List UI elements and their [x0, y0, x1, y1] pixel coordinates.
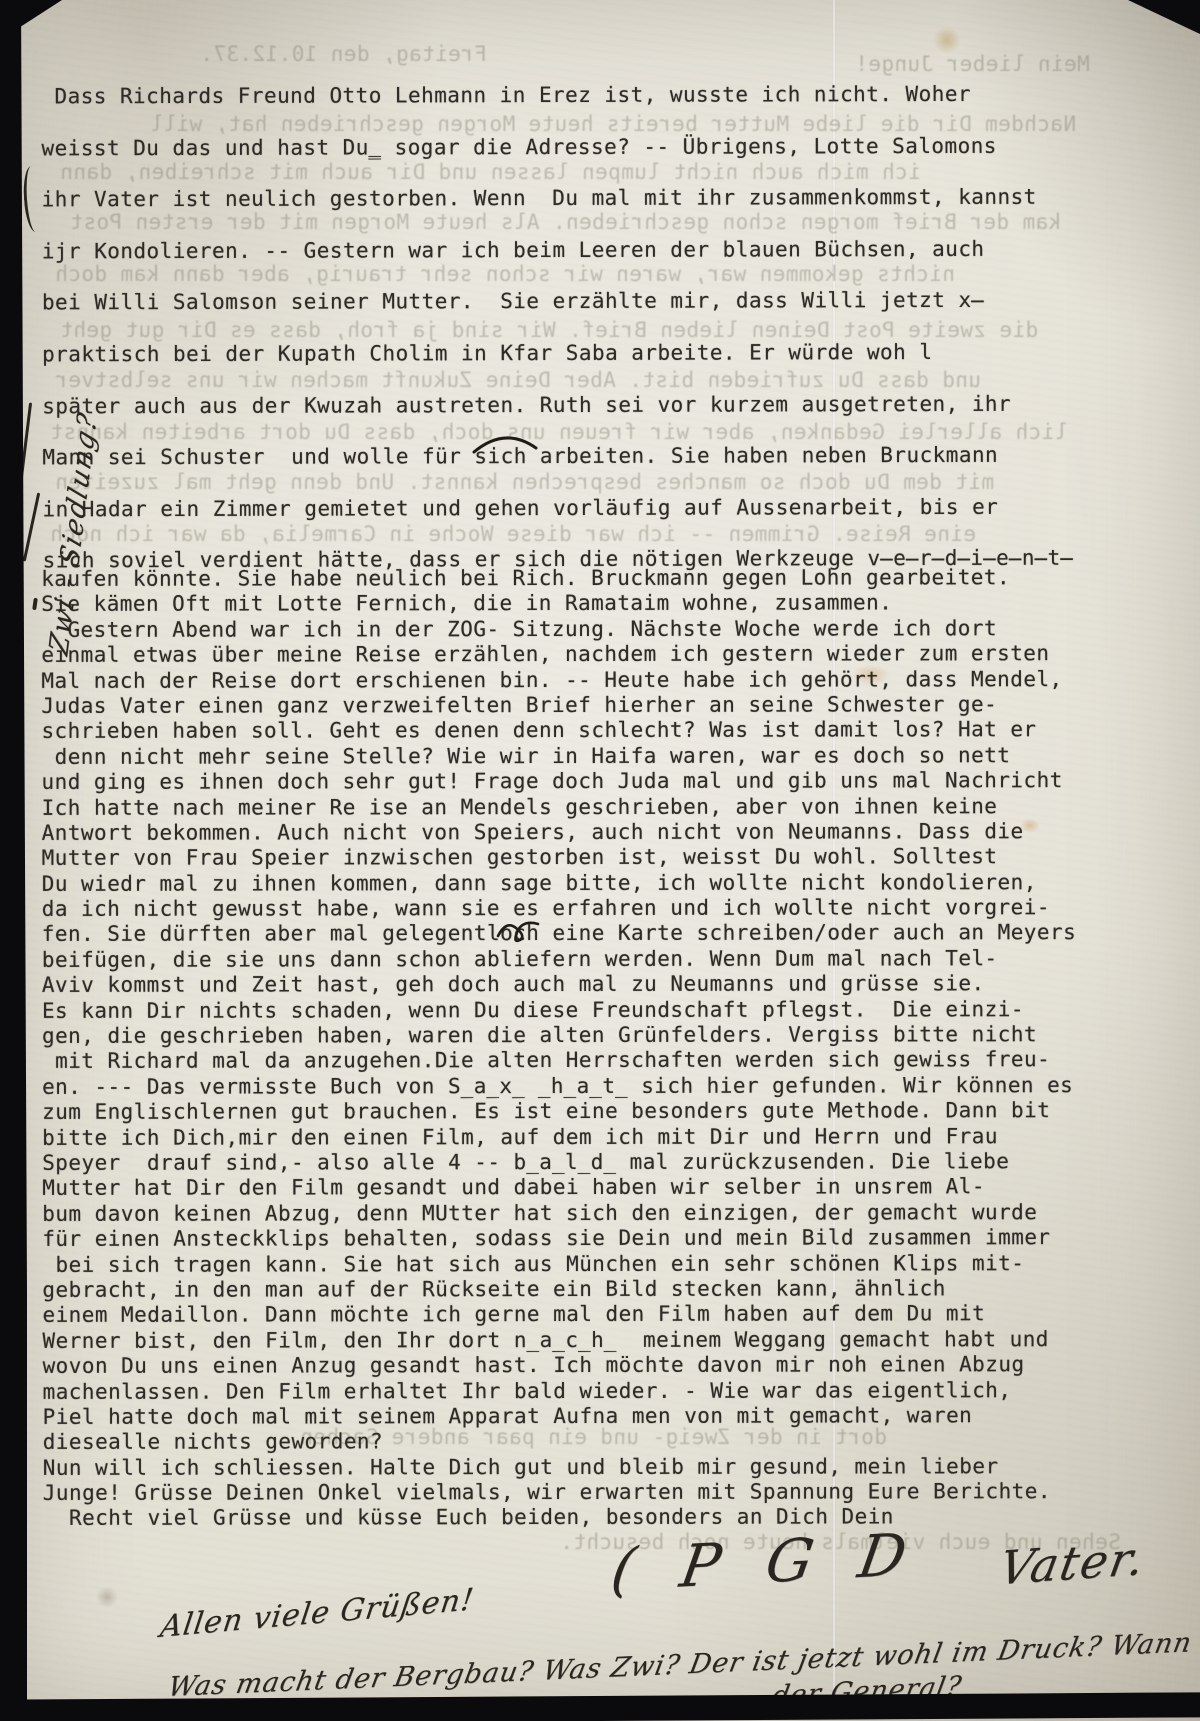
typed-line: Ich hatte nach meiner Re ise an Mendels … [42, 794, 1076, 821]
typed-line: Gestern Abend war ich in der ZOG- Sitzun… [41, 616, 1075, 643]
typed-line: gebracht, in den man auf der Rückseite e… [42, 1276, 1076, 1303]
typed-line: Du wiedr mal zu ihnen kommen, dann sage … [42, 870, 1076, 897]
scanned-letter-page: Freitag, den 10.12.37.Mein lieber Junge!… [0, 0, 1200, 1721]
typed-line: Mutter von Frau Speier inzwischen gestor… [42, 844, 1076, 871]
typed-text-single-spaced: kaufen könnte. Sie habe neulich bei Rich… [41, 565, 1077, 1532]
margin-pen-stroke [32, 598, 38, 610]
typed-line: fen. Sie dürften aber mal gelegentloch e… [42, 921, 1076, 948]
typed-line: praktisch bei der Kupath Cholim in Kfar … [42, 327, 1073, 381]
handwritten-signature-vater: Vater. [995, 1531, 1150, 1596]
typed-line: Judas Vater einen ganz verzweifelten Bri… [41, 692, 1075, 719]
typed-text-double-spaced: Dass Richards Freund Otto Lehmann in Ere… [41, 69, 1073, 588]
typed-line: Mal nach der Reise dort erschienen bin. … [41, 667, 1075, 694]
typed-line: ijr Kondolieren. -- Gestern war ich beim… [42, 223, 1073, 277]
typed-line: bei Willi Salomson seiner Mutter. Sie er… [42, 275, 1073, 329]
typed-line: und ging es ihnen doch sehr gut! Frage d… [42, 768, 1076, 795]
typed-line: beifügen, die sie uns dann schon abliefe… [42, 946, 1076, 973]
paper-stain [933, 26, 961, 54]
typed-line: in Hadar ein Zimmer gemietet und gehen v… [42, 481, 1073, 535]
typed-line: bei sich tragen kann. Sie hat sich aus M… [42, 1251, 1076, 1278]
typed-line: gen, die geschrieben haben, waren die al… [42, 1022, 1076, 1049]
typed-line: diesealle nichts geworden? [43, 1428, 1077, 1455]
typed-line: Antwort bekommen. Auch nicht von Speiers… [42, 819, 1076, 846]
typed-line: für einen Ansteckklips behalten, sodass … [42, 1225, 1076, 1252]
typed-line: Werner bist, den Film, den Ihr dort n̲a̲… [42, 1327, 1076, 1354]
typed-line: bitte ich Dich,mir den einen Film, auf d… [42, 1124, 1076, 1151]
typed-line: Junge! Grüsse Deinen Onkel vielmals, wir… [43, 1479, 1077, 1506]
typed-line: Nun will ich schliessen. Halte Dich gut … [43, 1454, 1077, 1481]
typed-line: Speyer drauf sind,- also alle 4 -- b̲a̲l… [42, 1149, 1076, 1176]
margin-pen-stroke [23, 493, 40, 562]
typed-line: später auch aus der Kwuzah austreten. Ru… [42, 378, 1073, 432]
typed-line: Piel hatte doch mal mit seinem Apparat A… [43, 1403, 1077, 1430]
typed-line: einmal etwas über meine Reise erzählen, … [41, 641, 1075, 668]
scan-edge-left [0, 0, 27, 1721]
handwritten-bottom-note-2: Was macht der Bergbau? Was Zwi? Der ist … [166, 1624, 1200, 1703]
typed-line: weisst Du das und hast Du̳ sogar die Adr… [41, 120, 1072, 174]
typed-line: Mutter hat Dir den Film gesandt und dabe… [42, 1174, 1076, 1201]
typed-line: ihr Vater ist neulich gestorben. Wenn Du… [42, 172, 1073, 226]
typed-line: Dass Richards Freund Otto Lehmann in Ere… [41, 69, 1072, 123]
typed-line: en. --- Das vermisste Buch von S̲a̲x̲ ̲h… [42, 1073, 1076, 1100]
typed-line: denn nicht mehr seine Stelle? Wie wir in… [41, 743, 1075, 770]
typed-line: zum Englischlernen gut brauchen. Es ist … [42, 1098, 1076, 1125]
typed-line: Aviv kommst und Zeit hast, geh doch auch… [42, 971, 1076, 998]
typed-line: Mann sei Schuster und wolle für sich arb… [42, 430, 1073, 484]
typed-line: mit Richard mal da anzugehen.Die alten H… [42, 1048, 1076, 1075]
typed-line: Sie kämen Oft mit Lotte Fernich, die in … [41, 590, 1075, 617]
typed-line: bum davon keinen Abzug, denn MUtter hat … [42, 1200, 1076, 1227]
typed-line: machenlassen. Den Film erhaltet Ihr bald… [43, 1378, 1077, 1405]
typed-line: kaufen könnte. Sie habe neulich bei Rich… [41, 565, 1075, 592]
bleedthrough-line: Freitag, den 10.12.37. [200, 42, 487, 66]
typed-line: schrieben haben soll. Geht es denen denn… [41, 717, 1075, 744]
scan-edge-top-right-corner [1128, 0, 1200, 34]
typed-line: wovon Du uns einen Anzug gesandt hast. I… [43, 1352, 1077, 1379]
scan-edge-top-left-corner [0, 0, 62, 40]
paper-stain [96, 1586, 118, 1608]
typed-line: einem Medaillon. Dann möchte ich gerne m… [42, 1301, 1076, 1328]
typed-line: da ich nicht gewusst habe, wann sie es e… [42, 895, 1076, 922]
handwritten-bottom-note-1: Allen viele Grüßen! [158, 1582, 476, 1645]
typed-line: Es kann Dir nichts schaden, wenn Du dies… [42, 997, 1076, 1024]
